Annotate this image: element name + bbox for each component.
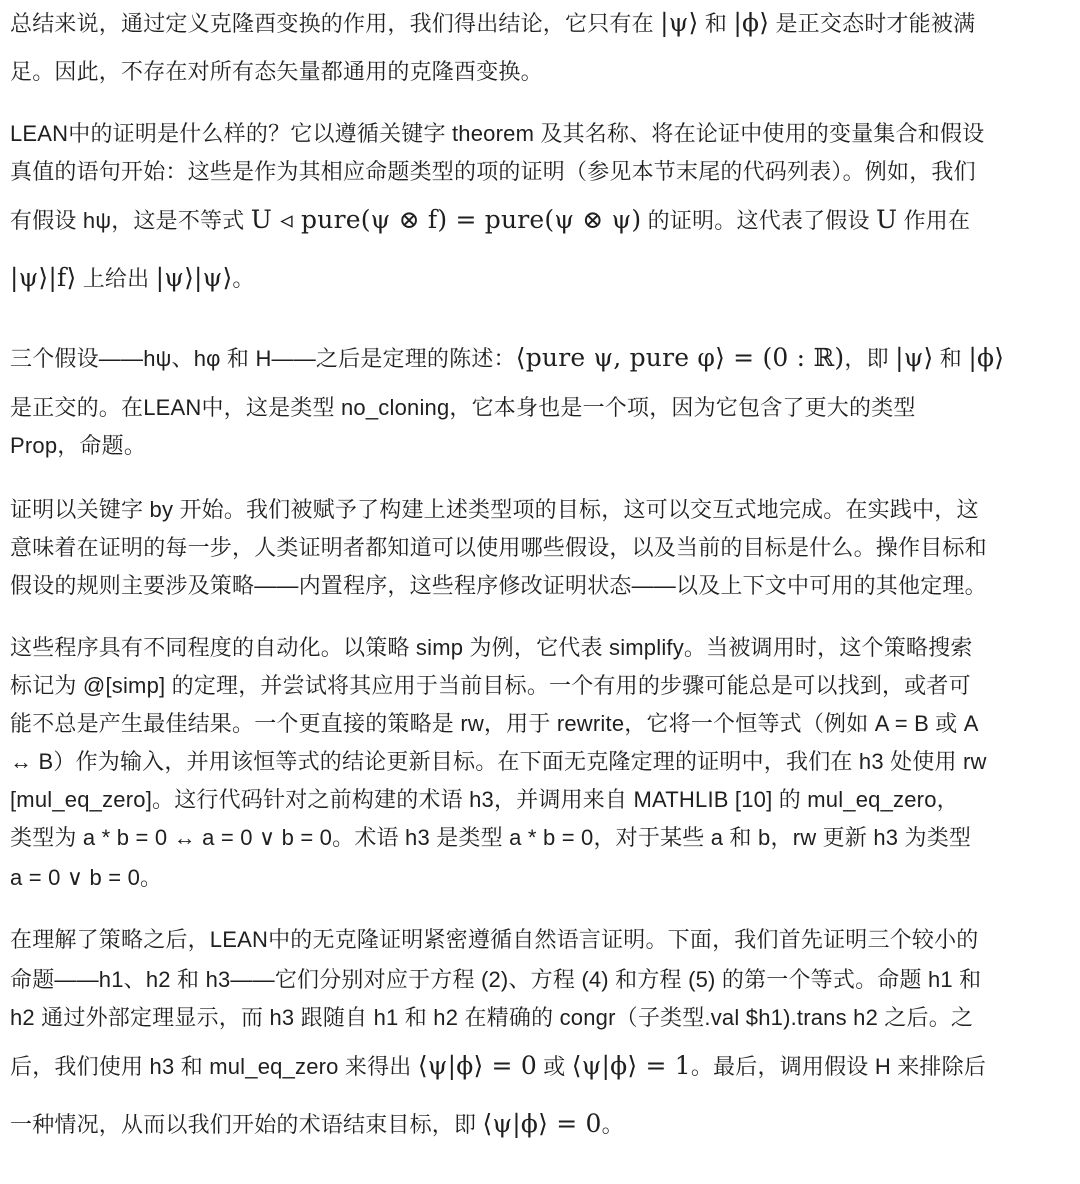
text-line: 能不总是产生最佳结果。一个更直接的策略是 rw，用于 rewrite，它将一个恒… xyxy=(10,709,979,739)
text-line: 假设的规则主要涉及策略——内置程序，这些程序修改证明状态——以及上下文中可用的其… xyxy=(10,571,987,601)
text-segment: 标记为 @[simp] 的定理，并尝试将其应用于当前目标。一个有用的步骤可能总是… xyxy=(10,673,971,698)
text-segment: 。 xyxy=(602,1112,624,1137)
math-formula: |ψ⟩ xyxy=(895,343,933,372)
text-line: 是正交的。在LEAN中，这是类型 no_cloning，它本身也是一个项，因为它… xyxy=(10,393,916,423)
text-line: 三个假设——hψ、hφ 和 H——之后是定理的陈述：⟨pure ψ, pure … xyxy=(10,343,1004,373)
text-line: 意味着在证明的每一步，人类证明者都知道可以使用哪些假设，以及当前的目标是什么。操… xyxy=(10,533,987,563)
text-segment: 能不总是产生最佳结果。一个更直接的策略是 rw，用于 rewrite，它将一个恒… xyxy=(10,711,979,736)
text-segment: 上给出 xyxy=(76,266,155,291)
text-segment: 后，我们使用 h3 和 mul_eq_zero 来得出 xyxy=(10,1054,418,1079)
text-line: 总结来说，通过定义克隆酉变换的作用，我们得出结论，它只有在 |ψ⟩ 和 |ϕ⟩ … xyxy=(10,8,975,38)
text-line: 命题——h1、h2 和 h3——它们分别对应于方程 (2)、方程 (4) 和方程… xyxy=(10,965,981,995)
text-line: 有假设 hψ，这是不等式 U ◃ pure(ψ ⊗ f) = pure(ψ ⊗ … xyxy=(10,205,970,235)
text-segment: 。最后，调用假设 H 来排除后 xyxy=(691,1054,986,1079)
text-line: 在理解了策略之后，LEAN中的无克隆证明紧密遵循自然语言证明。下面，我们首先证明… xyxy=(10,925,978,955)
math-formula: ⟨pure ψ, pure φ⟩ = (0 : ℝ) xyxy=(516,343,845,372)
text-segment: 在理解了策略之后，LEAN中的无克隆证明紧密遵循自然语言证明。下面，我们首先证明… xyxy=(10,927,978,952)
math-formula: U xyxy=(876,205,897,234)
math-formula: U ◃ pure(ψ ⊗ f) = pure(ψ ⊗ ψ) xyxy=(251,205,642,234)
text-line: 一种情况，从而以我们开始的术语结束目标，即 ⟨ψ|ϕ⟩ = 0。 xyxy=(10,1109,624,1139)
text-segment: 的证明。这代表了假设 xyxy=(641,208,876,233)
text-segment: a = 0 ∨ b = 0。 xyxy=(10,865,162,890)
text-line: Prop，命题。 xyxy=(10,431,146,461)
text-segment: 是正交态时才能被满 xyxy=(769,11,975,36)
text-line: 后，我们使用 h3 和 mul_eq_zero 来得出 ⟨ψ|ϕ⟩ = 0 或 … xyxy=(10,1051,986,1081)
text-segment: Prop，命题。 xyxy=(10,433,146,458)
math-formula: |ϕ⟩ xyxy=(733,8,769,37)
text-segment: 这些程序具有不同程度的自动化。以策略 simp 为例，它代表 simplify。… xyxy=(10,635,973,660)
text-segment: 类型为 a * b = 0 ↔ a = 0 ∨ b = 0。术语 h3 是类型 … xyxy=(10,825,971,850)
text-line: 真值的语句开始：这些是作为其相应命题类型的项的证明（参见本节末尾的代码列表）。例… xyxy=(10,157,976,187)
text-segment: LEAN中的证明是什么样的？它以遵循关键字 theorem 及其名称、将在论证中… xyxy=(10,121,984,146)
math-formula: |ϕ⟩ xyxy=(968,343,1004,372)
text-line: 标记为 @[simp] 的定理，并尝试将其应用于当前目标。一个有用的步骤可能总是… xyxy=(10,671,971,701)
text-segment: 命题——h1、h2 和 h3——它们分别对应于方程 (2)、方程 (4) 和方程… xyxy=(10,967,981,992)
text-line: a = 0 ∨ b = 0。 xyxy=(10,863,162,893)
text-segment: 假设的规则主要涉及策略——内置程序，这些程序修改证明状态——以及上下文中可用的其… xyxy=(10,573,987,598)
math-formula: |ψ⟩ xyxy=(660,8,698,37)
math-formula: ⟨ψ|ϕ⟩ = 0 xyxy=(483,1109,602,1138)
text-line: LEAN中的证明是什么样的？它以遵循关键字 theorem 及其名称、将在论证中… xyxy=(10,119,984,149)
text-segment: 作用在 xyxy=(897,208,970,233)
text-segment: 或 xyxy=(537,1054,572,1079)
text-line: 这些程序具有不同程度的自动化。以策略 simp 为例，它代表 simplify。… xyxy=(10,633,973,663)
text-line: 证明以关键字 by 开始。我们被赋予了构建上述类型项的目标，这可以交互式地完成。… xyxy=(10,495,979,525)
text-line: h2 通过外部定理显示，而 h3 跟随自 h1 和 h2 在精确的 congr（… xyxy=(10,1003,973,1033)
text-segment: 足。因此，不存在对所有态矢量都通用的克隆酉变换。 xyxy=(10,59,543,84)
text-line: 足。因此，不存在对所有态矢量都通用的克隆酉变换。 xyxy=(10,57,543,87)
text-segment: 。 xyxy=(232,266,254,291)
text-segment: 真值的语句开始：这些是作为其相应命题类型的项的证明（参见本节末尾的代码列表）。例… xyxy=(10,159,976,184)
text-segment: [mul_eq_zero]。这行代码针对之前构建的术语 h3，并调用来自 MAT… xyxy=(10,787,959,812)
text-segment: ，即 xyxy=(844,346,895,371)
text-segment: 有假设 hψ，这是不等式 xyxy=(10,208,251,233)
text-segment: 意味着在证明的每一步，人类证明者都知道可以使用哪些假设，以及当前的目标是什么。操… xyxy=(10,535,987,560)
text-segment: h2 通过外部定理显示，而 h3 跟随自 h1 和 h2 在精确的 congr（… xyxy=(10,1005,973,1030)
text-line: ↔ B）作为输入，并用该恒等式的结论更新目标。在下面无克隆定理的证明中，我们在 … xyxy=(10,747,987,777)
math-formula: |ψ⟩|ψ⟩ xyxy=(156,263,233,292)
text-line: 类型为 a * b = 0 ↔ a = 0 ∨ b = 0。术语 h3 是类型 … xyxy=(10,823,971,853)
math-formula: ⟨ψ|ϕ⟩ = 1 xyxy=(572,1051,691,1080)
text-segment: 是正交的。在LEAN中，这是类型 no_cloning，它本身也是一个项，因为它… xyxy=(10,395,916,420)
text-segment: 和 xyxy=(934,346,969,371)
text-segment: 和 xyxy=(699,11,734,36)
text-line: |ψ⟩|f⟩ 上给出 |ψ⟩|ψ⟩。 xyxy=(10,263,255,293)
text-segment: 三个假设——hψ、hφ 和 H——之后是定理的陈述： xyxy=(10,346,516,371)
math-formula: |ψ⟩|f⟩ xyxy=(10,263,76,292)
text-segment: 证明以关键字 by 开始。我们被赋予了构建上述类型项的目标，这可以交互式地完成。… xyxy=(10,497,979,522)
text-segment: ↔ B）作为输入，并用该恒等式的结论更新目标。在下面无克隆定理的证明中，我们在 … xyxy=(10,749,987,774)
math-formula: ⟨ψ|ϕ⟩ = 0 xyxy=(418,1051,537,1080)
text-line: [mul_eq_zero]。这行代码针对之前构建的术语 h3，并调用来自 MAT… xyxy=(10,785,959,815)
text-segment: 一种情况，从而以我们开始的术语结束目标，即 xyxy=(10,1112,483,1137)
text-segment: 总结来说，通过定义克隆酉变换的作用，我们得出结论，它只有在 xyxy=(10,11,660,36)
